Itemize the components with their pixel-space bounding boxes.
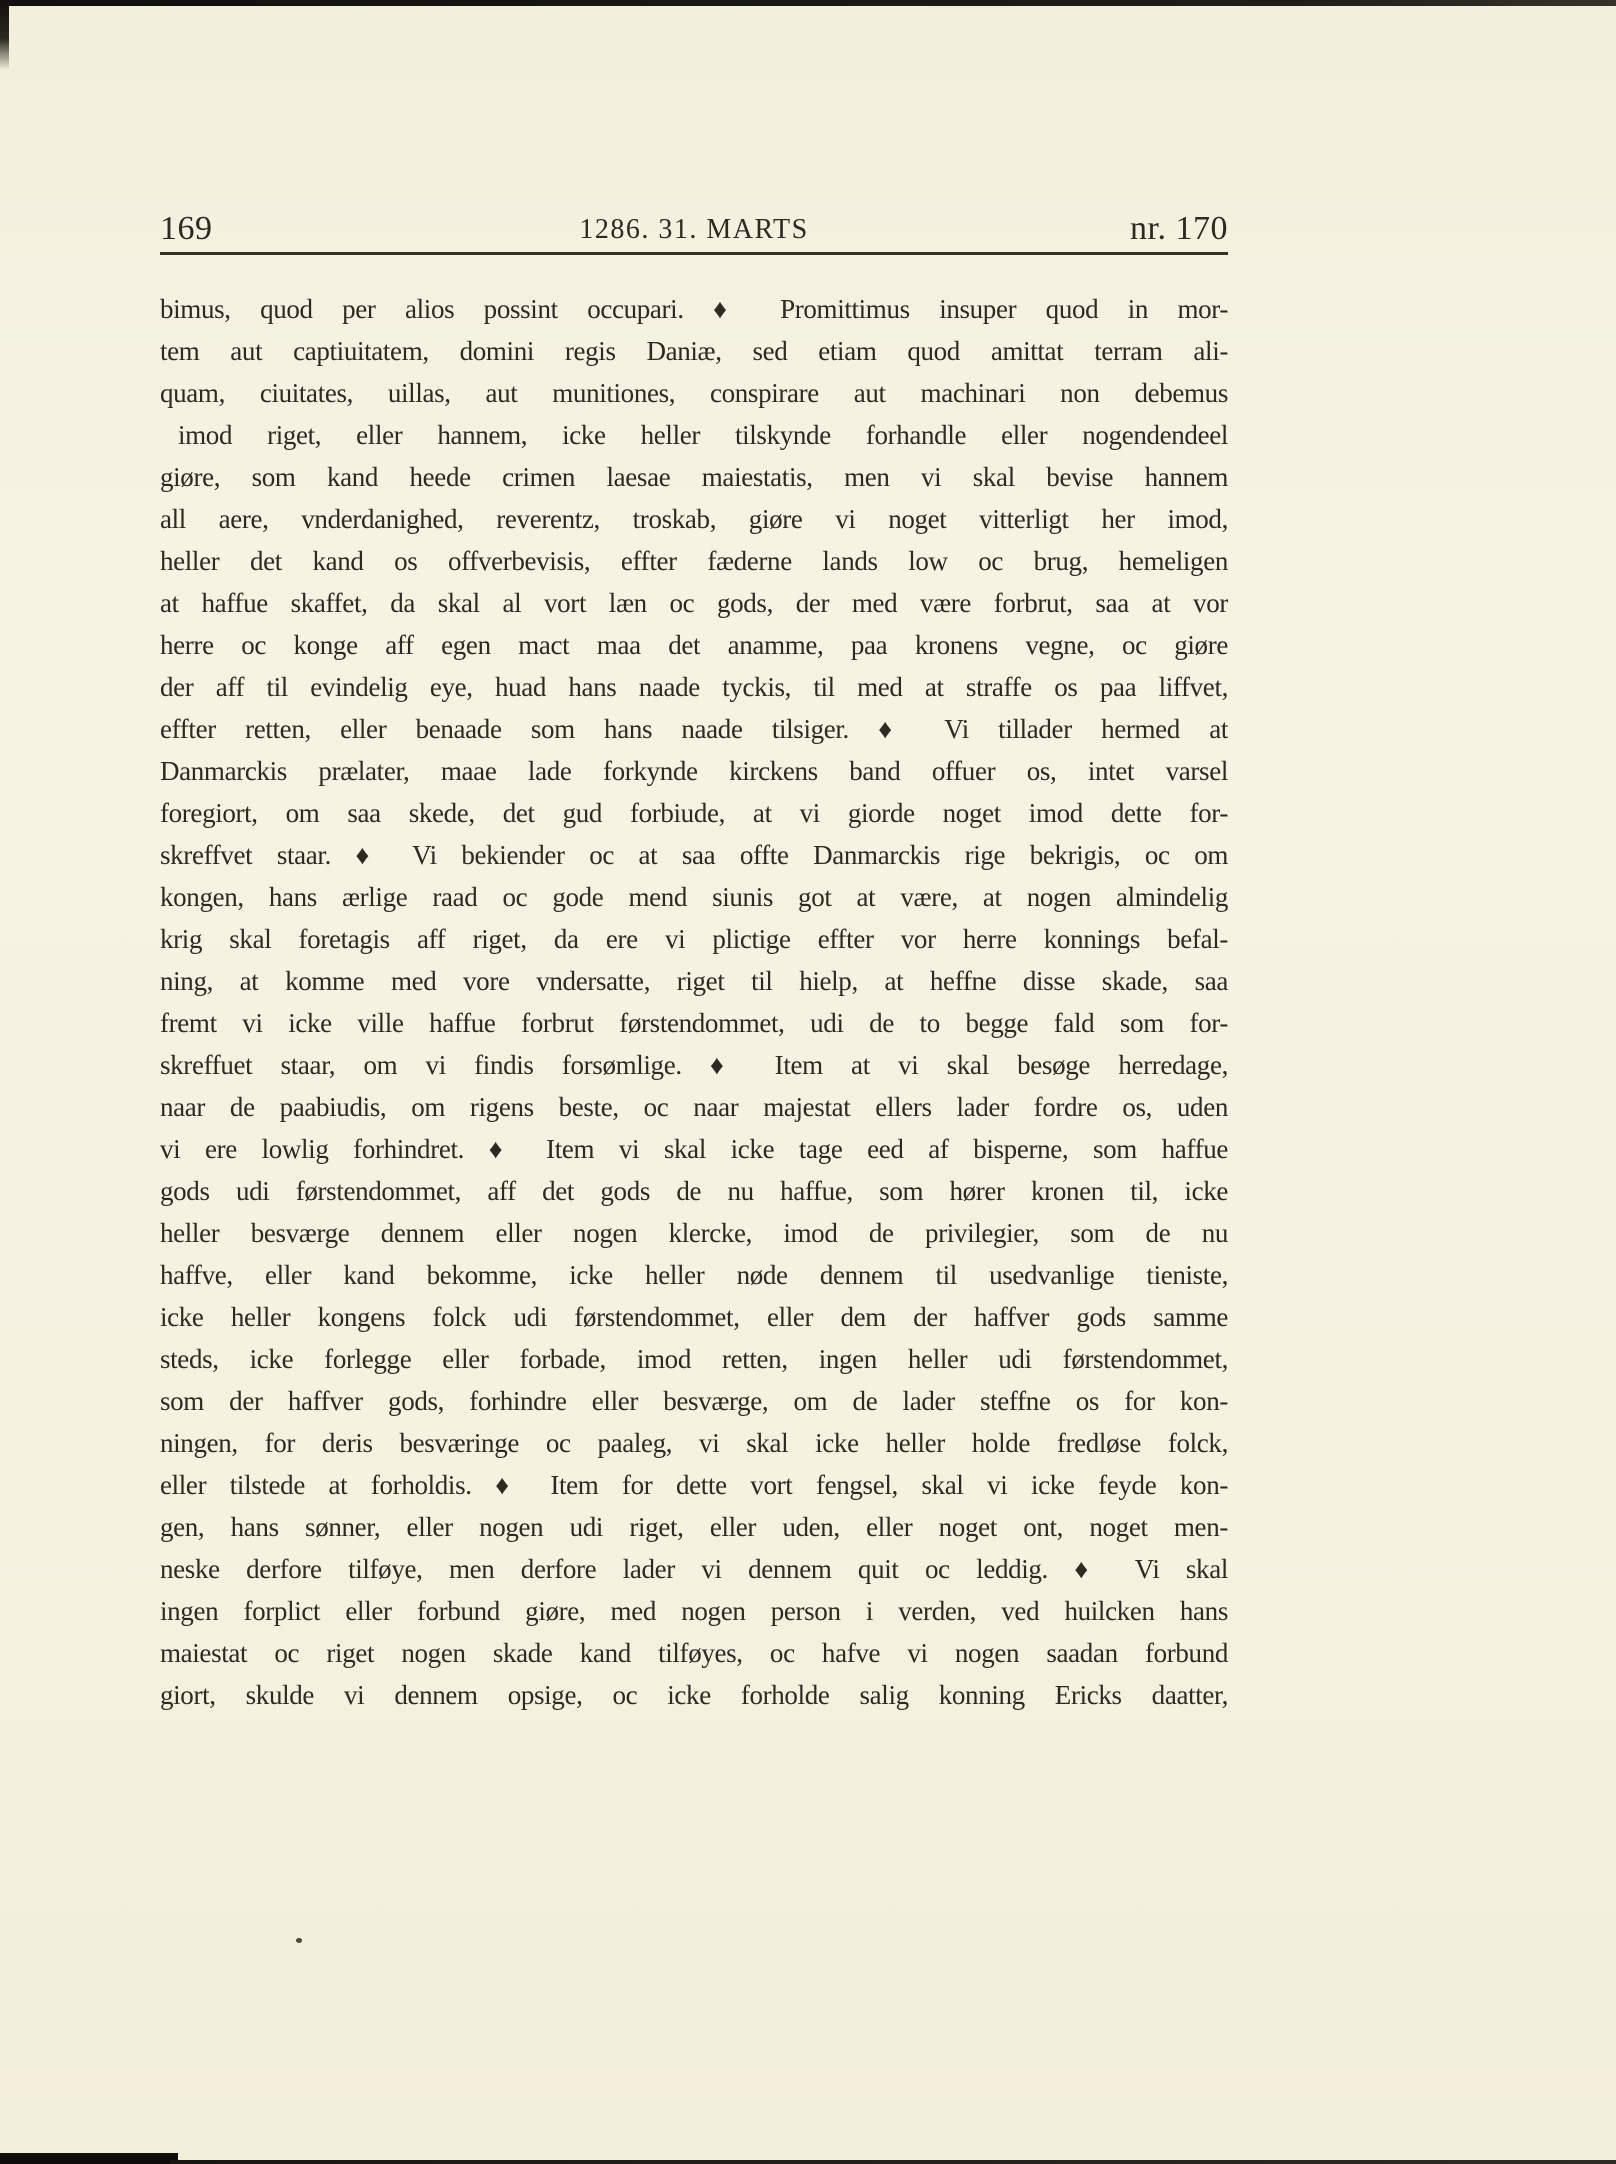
text-line: imod riget, eller hannem, icke heller ti… [160,414,1228,456]
text-line: tem aut captiuitatem, domini regis Daniæ… [160,330,1228,372]
text-line: ningen, for deris besværinge oc paaleg, … [160,1422,1228,1464]
text-line: vi ere lowlig forhindret. ♦ Item vi skal… [160,1128,1228,1170]
scan-edge-top [0,0,1616,6]
text-line: haffve, eller kand bekomme, icke heller … [160,1254,1228,1296]
text-line-content: eller tilstede at forholdis. ♦ Item for … [160,1470,1228,1500]
text-line-content: naar de paabiudis, om rigens beste, oc n… [160,1092,1228,1122]
text-line: quam, ciuitates, uillas, aut munitiones,… [160,372,1228,414]
page-number-left: 169 [160,212,213,246]
text-line-content: som der haffver gods, forhindre eller be… [160,1386,1228,1416]
text-line: effter retten, eller benaade som hans na… [160,708,1228,750]
text-line-content: foregiort, om saa skede, det gud forbiud… [160,798,1228,828]
text-line-content: krig skal foretagis aff riget, da ere vi… [160,924,1228,954]
text-line: 25icke heller kongens folck udi førstend… [160,1296,1228,1338]
text-line-content: at haffue skaffet, da skal al vort læn o… [160,588,1228,618]
text-line: krig skal foretagis aff riget, da ere vi… [160,918,1228,960]
text-line-content: skreffvet staar. ♦ Vi bekiender oc at sa… [160,840,1228,870]
text-line-content: giøre, som kand heede crimen laesae maie… [160,462,1228,492]
text-line-content: herre oc konge aff egen mact maa det ana… [160,630,1228,660]
text-line-content: skreffuet staar, om vi findis forsømlige… [160,1050,1228,1080]
text-line-content: fremt vi icke ville haffue forbrut først… [160,1008,1228,1038]
page-header: 169 1286. 31. MARTS nr. 170 [160,204,1228,246]
scan-edge-bottom-thick [0,2153,178,2164]
text-line: steds, icke forlegge eller forbade, imod… [160,1338,1228,1380]
text-line-content: ningen, for deris besværinge oc paaleg, … [160,1428,1228,1458]
text-line-content: heller det kand os offverbevisis, effter… [160,546,1228,576]
text-line: gods udi førstendommet, aff det gods de … [160,1170,1228,1212]
text-line-content: der aff til evindelig eye, huad hans naa… [160,672,1228,702]
text-line: herre oc konge aff egen mact maa det ana… [160,624,1228,666]
text-line-content: Danmarckis prælater, maae lade forkynde … [160,756,1228,786]
text-line: bimus, quod per alios possint occupari. … [160,288,1228,330]
date-heading: 1286. 31. MARTS [579,216,808,244]
text-line-content: haffve, eller kand bekomme, icke heller … [160,1260,1228,1290]
text-line-content: giort, skulde vi dennem opsige, oc icke … [160,1680,1228,1710]
text-line: all aere, vnderdanighed, reverentz, tros… [160,498,1228,540]
text-line-content: kongen, hans ærlige raad oc gode mend si… [160,882,1228,912]
text-line-content: steds, icke forlegge eller forbade, imod… [160,1344,1228,1374]
text-line-content: gen, hans sønner, eller nogen udi riget,… [160,1512,1228,1542]
text-line: maiestat oc riget nogen skade kand tilfø… [160,1632,1228,1674]
text-line: 10der aff til evindelig eye, huad hans n… [160,666,1228,708]
scan-edge-bottom-thin [170,2160,1616,2164]
text-line: at haffue skaffet, da skal al vort læn o… [160,582,1228,624]
text-line: som der haffver gods, forhindre eller be… [160,1380,1228,1422]
text-line-content: all aere, vnderdanighed, reverentz, tros… [160,504,1228,534]
text-line: 5giøre, som kand heede crimen laesae mai… [160,456,1228,498]
text-line-content: icke heller kongens folck udi førstendom… [160,1302,1228,1332]
text-line: 15kongen, hans ærlige raad oc gode mend … [160,876,1228,918]
text-line-content: bimus, quod per alios possint occupari. … [160,294,1228,324]
scan-edge-top-left [0,0,9,70]
document-number-right: nr. 170 [1130,212,1228,246]
text-line: 20naar de paabiudis, om rigens beste, oc… [160,1086,1228,1128]
text-line: ingen forplict eller forbund giøre, med … [160,1590,1228,1632]
text-line: neske derfore tilføye, men derfore lader… [160,1548,1228,1590]
text-line-content: neske derfore tilføye, men derfore lader… [160,1554,1228,1584]
text-line-content: quam, ciuitates, uillas, aut munitiones,… [160,378,1228,408]
text-line-content: effter retten, eller benaade som hans na… [160,714,1228,744]
text-line-content: ning, at komme med vore vndersatte, rige… [160,966,1228,996]
text-line-content: vi ere lowlig forhindret. ♦ Item vi skal… [160,1134,1228,1164]
text-block: bimus, quod per alios possint occupari. … [160,288,1228,1716]
text-line: giort, skulde vi dennem opsige, oc icke … [160,1674,1228,1716]
text-line-content: tem aut captiuitatem, domini regis Daniæ… [160,336,1228,366]
text-line: skreffuet staar, om vi findis forsømlige… [160,1044,1228,1086]
text-line: ning, at komme med vore vndersatte, rige… [160,960,1228,1002]
text-line-content: heller besværge dennem eller nogen klerc… [160,1218,1228,1248]
text-line: 30gen, hans sønner, eller nogen udi rige… [160,1506,1228,1548]
text-line: eller tilstede at forholdis. ♦ Item for … [160,1464,1228,1506]
text-line-content: gods udi førstendommet, aff det gods de … [160,1176,1228,1206]
text-line: skreffvet staar. ♦ Vi bekiender oc at sa… [160,834,1228,876]
text-line-content: maiestat oc riget nogen skade kand tilfø… [160,1638,1228,1668]
text-line: foregiort, om saa skede, det gud forbiud… [160,792,1228,834]
text-line: fremt vi icke ville haffue forbrut først… [160,1002,1228,1044]
text-line: heller det kand os offverbevisis, effter… [160,540,1228,582]
scan-speck [296,1938,302,1943]
text-line: heller besværge dennem eller nogen klerc… [160,1212,1228,1254]
text-line-content: imod riget, eller hannem, icke heller ti… [178,420,1228,450]
text-line: Danmarckis prælater, maae lade forkynde … [160,750,1228,792]
scanned-document-page: 169 1286. 31. MARTS nr. 170 bimus, quod … [0,0,1616,2164]
text-line-content: ingen forplict eller forbund giøre, med … [160,1596,1228,1626]
header-rule [160,252,1228,255]
